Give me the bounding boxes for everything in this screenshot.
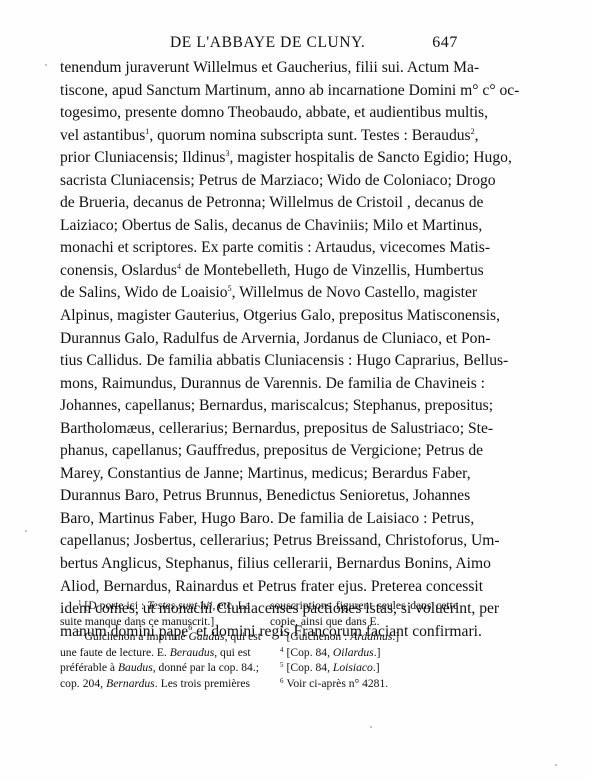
body-line: tenendum juraverunt Willelmus et Gaucher… <box>60 57 458 80</box>
footnote-6: 6Voir ci-après n° 4281. <box>270 676 458 692</box>
scan-speck <box>370 726 372 728</box>
footnote-1: 1[D porte ici : Testes sunt hii, etc. La <box>60 598 250 614</box>
running-head-title: DE L'ABBAYE DE CLUNY. <box>170 34 365 52</box>
footnote-4: 4[Cop. 84, Oilardus.] <box>270 645 458 661</box>
footnote-line: une faute de lecture. E. Beraudus, qui e… <box>60 645 250 661</box>
body-line: sacrista Cluniacensis; Petrus de Marziac… <box>60 170 458 193</box>
footnote-line: copie, ainsi que dans E. <box>270 614 458 630</box>
footnotes-right-column: souscriptions figurent seules dans cette… <box>270 598 458 692</box>
scan-speck <box>25 530 27 532</box>
scan-speck <box>45 64 47 66</box>
scan-speck <box>178 612 180 614</box>
footnote-3: 3[Guichenon : Ardainus.] <box>270 629 458 645</box>
body-line: Laiziaco; Obertus de Salis, decanus de C… <box>60 215 458 238</box>
body-line: phanus, capellanus; Gauffredus, preposit… <box>60 440 458 463</box>
body-line: capellanus; Josbertus, cellerarius; Petr… <box>60 530 458 553</box>
footnote-5: 5[Cop. 84, Loisiaco.] <box>270 660 458 676</box>
scan-speck <box>555 764 557 766</box>
body-line: Marey, Constantius de Janne; Martinus, m… <box>60 463 458 486</box>
body-line: de Brueria, decanus de Petronna; Willelm… <box>60 192 458 215</box>
running-head: DE L'ABBAYE DE CLUNY. 647 <box>60 34 458 54</box>
body-line: tiscone, apud Sanctum Martinum, anno ab … <box>60 80 458 103</box>
body-line: Bartholomæus, cellerarius; Bernardus, pr… <box>60 418 458 441</box>
scan-speck <box>440 631 442 633</box>
body-line: mons, Raimundus, Durannus de Varennis. D… <box>60 373 458 396</box>
body-line: Johannes, capellanus; Bernardus, marisca… <box>60 395 458 418</box>
page-number: 647 <box>432 34 458 52</box>
footnote-line: cop. 204, Bernardus. Les trois premières <box>60 676 250 692</box>
body-line: de Salins, Wido de Loaisio5, Willelmus d… <box>60 282 458 305</box>
body-line: monachi et scriptores. Ex parte comitis … <box>60 237 458 260</box>
body-line: Durannus Baro, Petrus Brunnus, Benedictu… <box>60 485 458 508</box>
body-text: tenendum juraverunt Willelmus et Gaucher… <box>60 57 458 643</box>
body-line: Baro, Martinus Faber, Hugo Baro. De fami… <box>60 508 458 531</box>
body-line: Alpinus, magister Gauterius, Otgerius Ga… <box>60 305 458 328</box>
footnote-2: 2Guichenon a imprimé Gaudus, qui est <box>60 629 250 645</box>
body-line: Aliod, Bernardus, Rainardus et Petrus fr… <box>60 576 458 599</box>
body-line: togesimo, presente domno Theobaudo, abba… <box>60 102 458 125</box>
body-line: conensis, Oslardus4 de Montebelleth, Hug… <box>60 260 458 283</box>
footnote-line: souscriptions figurent seules dans cette <box>270 598 458 614</box>
body-line: prior Cluniacensis; Ildinus3, magister h… <box>60 147 458 170</box>
body-line: Durannus Galo, Radulfus de Arvernia, Jor… <box>60 328 458 351</box>
body-line: tius Callidus. De familia abbatis Clunia… <box>60 350 458 373</box>
body-line: bertus Anglicus, Stephanus, filius celle… <box>60 553 458 576</box>
body-line: vel astantibus1, quorum nomina subscript… <box>60 125 458 148</box>
footnote-line: suite manque dans ce manuscrit.] <box>60 614 250 630</box>
footnote-ref-2[interactable]: 2 <box>471 127 475 136</box>
footnotes-left-column: 1[D porte ici : Testes sunt hii, etc. La… <box>60 598 250 692</box>
document-page: DE L'ABBAYE DE CLUNY. 647 tenendum jurav… <box>0 0 590 780</box>
footnote-line: préférable à Baudus, donné par la cop. 8… <box>60 660 250 676</box>
